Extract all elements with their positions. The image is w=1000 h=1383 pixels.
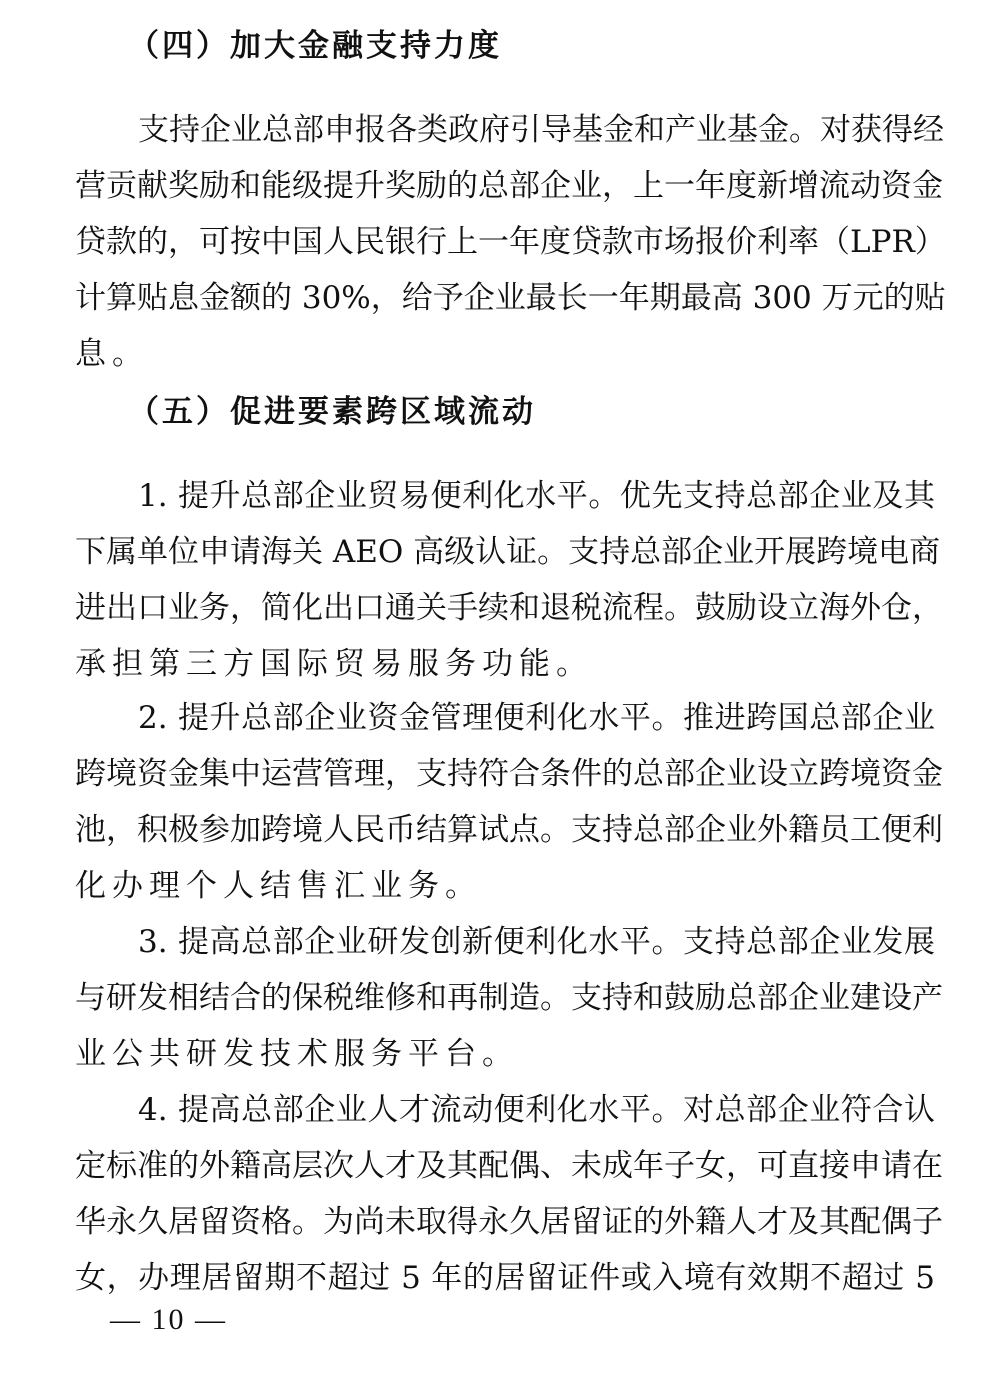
paragraph-line: 业公共研发技术服务平台。 (75, 1026, 935, 1082)
section-heading-5: （五）促进要素跨区域流动 (128, 384, 536, 440)
paragraph-line: 华永久居留资格。为尚未取得永久居留证的外籍人才及其配偶子 (75, 1194, 935, 1250)
paragraph-line: 3. 提高总部企业研发创新便利化水平。支持总部企业发展 (138, 914, 935, 970)
paragraph-line: 定标准的外籍高层次人才及其配偶、未成年子女，可直接申请在 (75, 1138, 935, 1194)
paragraph-line: 4. 提高总部企业人才流动便利化水平。对总部企业符合认 (138, 1082, 935, 1138)
paragraph-line: 计算贴息金额的 30%，给予企业最长一年期最高 300 万元的贴 (75, 270, 935, 326)
paragraph-line: 1. 提升总部企业贸易便利化水平。优先支持总部企业及其 (138, 468, 935, 524)
paragraph-line: 进出口业务，简化出口通关手续和退税流程。鼓励设立海外仓， (75, 580, 935, 636)
paragraph-line: 池，积极参加跨境人民币结算试点。支持总部企业外籍员工便利 (75, 802, 935, 858)
paragraph-line: 化办理个人结售汇业务。 (75, 858, 935, 914)
paragraph-line: 下属单位申请海关 AEO 高级认证。支持总部企业开展跨境电商 (75, 524, 935, 580)
section-heading-4: （四）加大金融支持力度 (128, 18, 502, 74)
paragraph-line: 息。 (75, 326, 935, 382)
paragraph-line: 贷款的，可按中国人民银行上一年度贷款市场报价利率（LPR） (75, 214, 935, 270)
paragraph-line: 与研发相结合的保税维修和再制造。支持和鼓励总部企业建设产 (75, 970, 935, 1026)
paragraph-line: 承担第三方国际贸易服务功能。 (75, 636, 935, 692)
page-number: — 10 — (110, 1300, 227, 1340)
paragraph-line: 支持企业总部申报各类政府引导基金和产业基金。对获得经 (138, 102, 935, 158)
paragraph-line: 跨境资金集中运营管理，支持符合条件的总部企业设立跨境资金 (75, 746, 935, 802)
paragraph-line: 营贡献奖励和能级提升奖励的总部企业，上一年度新增流动资金 (75, 158, 935, 214)
paragraph-line: 女，办理居留期不超过 5 年的居留证件或入境有效期不超过 5 (75, 1250, 935, 1306)
paragraph-line: 2. 提升总部企业资金管理便利化水平。推进跨国总部企业 (138, 690, 935, 746)
document-page: （四）加大金融支持力度 支持企业总部申报各类政府引导基金和产业基金。对获得经 营… (0, 0, 1000, 1383)
